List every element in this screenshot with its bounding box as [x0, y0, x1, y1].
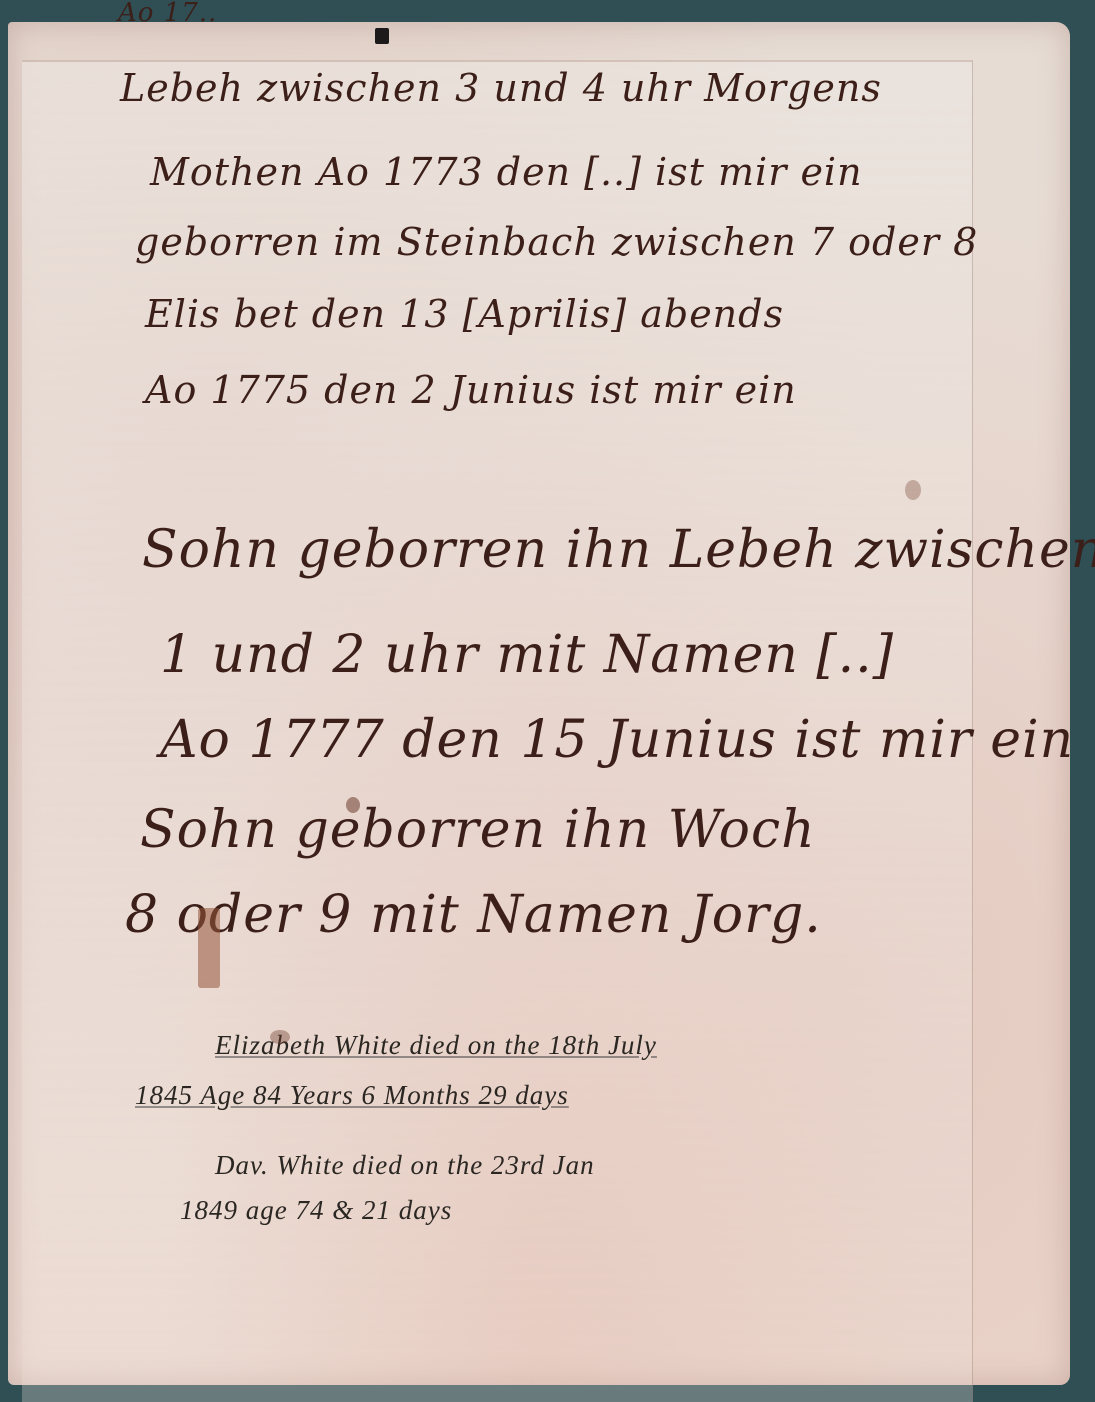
german-line-3: geborren im Steinbach zwischen 7 oder 8 [135, 220, 978, 264]
ink-blot [905, 480, 921, 500]
german-line-2: Mothen Ao 1773 den [..] ist mir ein [150, 150, 863, 194]
ink-stain [198, 908, 220, 988]
english-line-2: Dav. White died on the 23rd Jan [215, 1150, 595, 1181]
german-line-6: Sohn geborren ihn Lebeh zwischen [142, 520, 1095, 580]
german-line-1: Lebeh zwischen 3 und 4 uhr Morgens [120, 66, 882, 110]
ink-blot [346, 797, 360, 813]
german-line-0: Ao 17.. [118, 0, 217, 28]
ink-blot [270, 1030, 290, 1044]
german-line-10: 8 oder 9 mit Namen Jorg. [125, 885, 822, 945]
english-line-1: 1845 Age 84 Years 6 Months 29 days [135, 1080, 569, 1111]
german-line-5: Ao 1775 den 2 Junius ist mir ein [145, 368, 797, 412]
german-line-4: Elis bet den 13 [Aprilis] abends [145, 292, 784, 336]
german-line-7: 1 und 2 uhr mit Namen [..] [160, 625, 894, 685]
english-line-3: 1849 age 74 & 21 days [180, 1195, 452, 1226]
german-line-9: Sohn geborren ihn Woch [140, 800, 816, 860]
hole-mark [375, 28, 389, 44]
german-line-8: Ao 1777 den 15 Junius ist mir ein [160, 710, 1074, 770]
